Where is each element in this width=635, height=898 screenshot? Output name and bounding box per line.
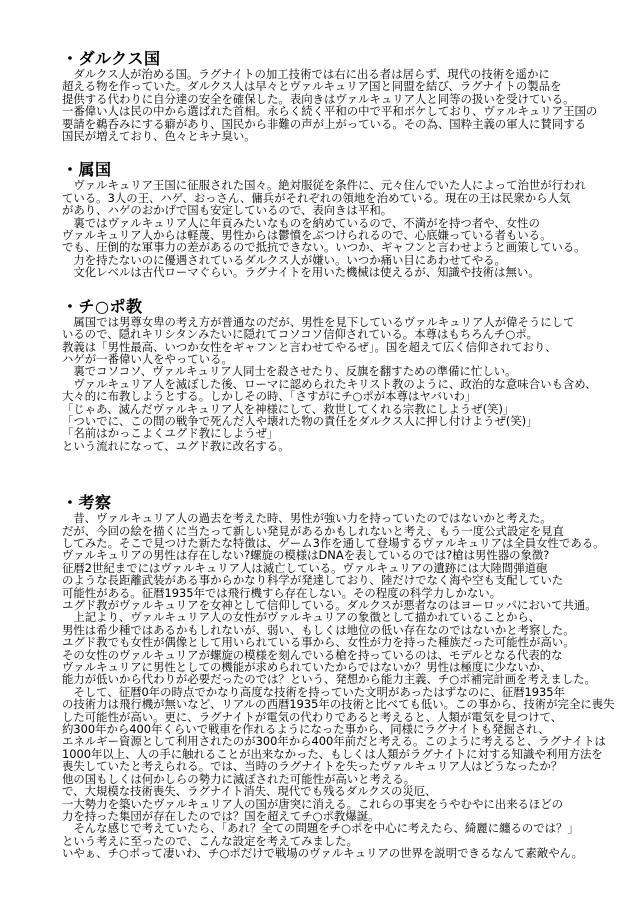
section-heading: ・ダルクス国 [62, 50, 621, 68]
text-line: 裏でコソコソ、ヴァルキュリア人同士を殺させたり、反旗を翻すための準備に忙しい。 [62, 365, 621, 377]
text-line: そんな感じで考えていたら、「あれ？全ての問題をチ○ポを中心に考えたら、綺麗に纏る… [62, 822, 621, 834]
text-line: 国民が増えており、色々とキナ臭い。 [62, 130, 621, 142]
section: ・考察 昔、ヴァルキュリア人の過去を考えた時、男性が強い力を持っていたのではない… [62, 494, 621, 859]
text-line: ユグド教でも女性が偶像として用いられている事から、女性が力を持った種族だった可能… [62, 636, 621, 648]
section: ・ダルクス国 ダルクス人が治める国。ラグナイトの加工技術では右に出る者は居らず、… [62, 50, 621, 142]
text-line: いやぁ、チ○ポって凄いわ、チ○ポだけで戦場のヴァルキュリアの世界を説明できるなん… [62, 847, 621, 859]
text-line: エネルギー資源として利用されたのが300年から400年前だと考える。このように考… [62, 735, 621, 747]
text-line: 昔、ヴァルキュリア人の過去を考えた時、男性が強い力を持っていたのではないかと考え… [62, 512, 621, 524]
text-line: 一番偉い人は民の中から選ばれた首相。永らく続く平和の中で平和ボケしており、ヴァル… [62, 105, 621, 117]
text-line: 超える物を作っていた。ダルクス人は早々とヴァルキュリア国と同盟を結び、ラグナイト… [62, 80, 621, 92]
document: ・ダルクス国 ダルクス人が治める国。ラグナイトの加工技術では右に出る者は居らず、… [0, 0, 635, 898]
text-line: 「名前はかっこよくユグド教にしようぜ」 [62, 427, 621, 439]
text-line: で、大規模な技術喪失、ラグナイト消失、現代でも残るダルクスの災厄、 [62, 785, 621, 797]
text-line: があり、ハゲのおかげで国も安定しているので、表向きは平和。 [62, 204, 621, 216]
text-line: の技術力は飛行機が無いなど、リアルの西暦1935年の技術と比べても低い。この事か… [62, 698, 621, 710]
section: ・チ○ポ教 属国では男尊女卑の考え方が普通なのだが、男性を見下しているヴァルキュ… [62, 298, 621, 452]
text-line: 上記より、ヴァルキュリア人の女性がヴァルキュリアの象徴として描かれていることから… [62, 611, 621, 623]
text-line: 能力が低いから代わりが必要だったのでは？という、発想から能力主義、チ○ポ補完計画… [62, 673, 621, 685]
text-line: ヴァルキュリアの男性は存在しない?螺旋の模様はDNAを表しているのでは?槍は男性… [62, 549, 621, 561]
text-line: でも、圧倒的な軍事力の差があるので抵抗できない。いつか、ギャフンと言わせようと画… [62, 241, 621, 253]
text-line: いるので、隠れキリシタンみたいに隠れてコソコソ信仰されている。本尊はもちろんチ○… [62, 328, 621, 340]
text-line: のような長距離武装がある事からかなり科学が発達しており、陸だけでなく海や空も支配… [62, 574, 621, 586]
section-heading: ・チ○ポ教 [62, 298, 621, 316]
text-line: 喪失していたと考えられる。では、当時のラグナイトを失ったヴァルキュリア人はどうな… [62, 760, 621, 772]
text-line: 文化レベルは古代ローマぐらい。ラグナイトを用いた機械は使えるが、知識や技術は無い… [62, 266, 621, 278]
section: ・属国 ヴァルキュリア王国に征服された国々。絶対服従を条件に、元々住んでいた人に… [62, 161, 621, 278]
text-line: ヴァルキュリア王国に征服された国々。絶対服従を条件に、元々住んでいた人によって治… [62, 179, 621, 191]
text-line: という流れになって、ユグド教に改名する。 [62, 440, 621, 452]
section-heading: ・考察 [62, 494, 621, 512]
text-line: 大々的に布教しようとする。しかしその時、「さすがにチ○ポが本尊はヤバいわ」 [62, 390, 621, 402]
section-heading: ・属国 [62, 161, 621, 179]
